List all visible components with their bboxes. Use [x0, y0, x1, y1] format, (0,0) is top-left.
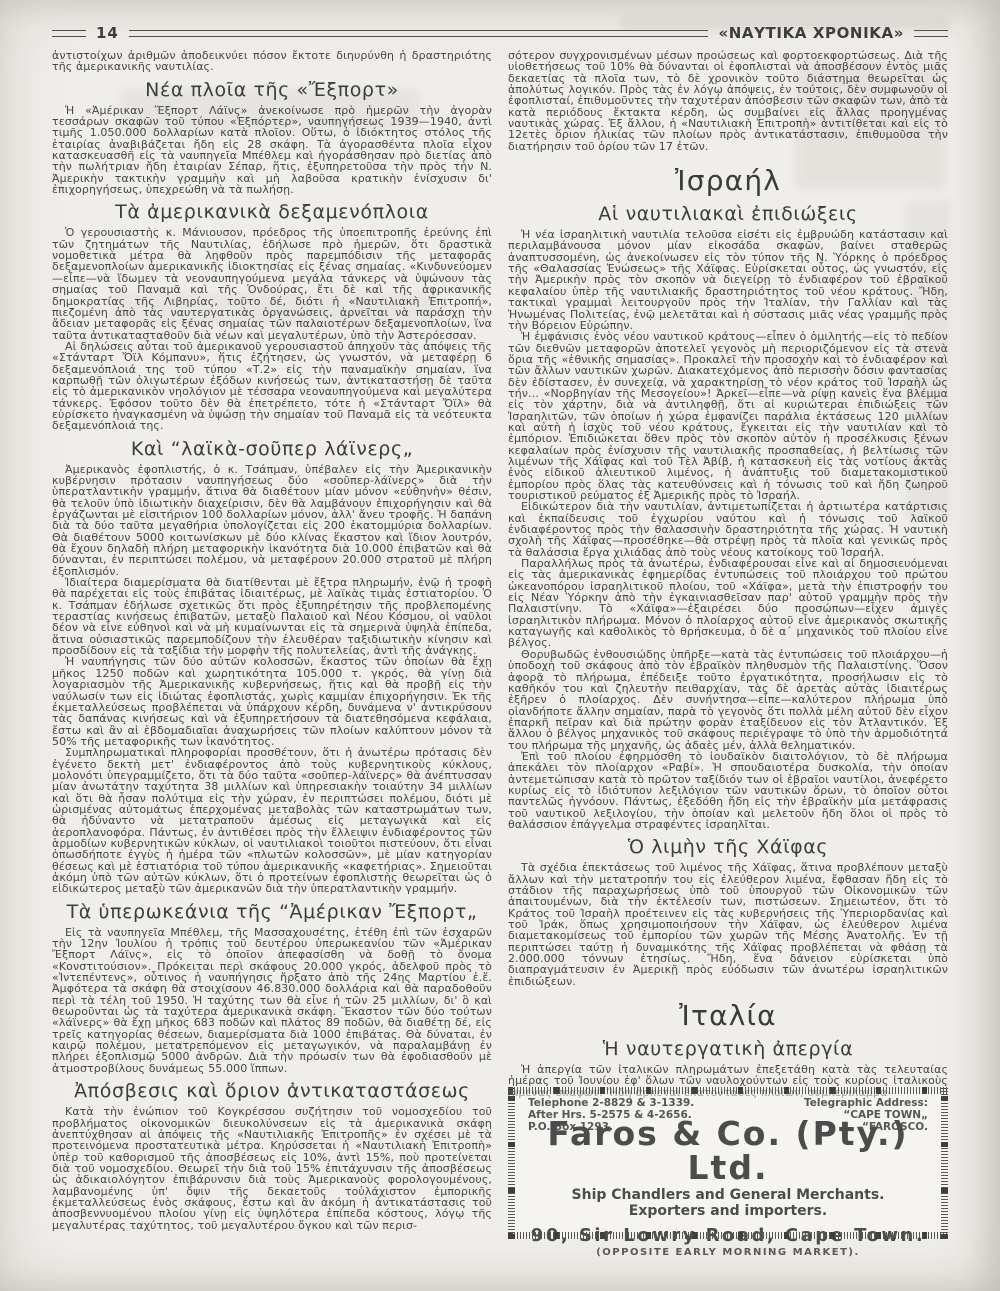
- body-paragraph: Ὁ γερουσιαστὴς κ. Μάνιουσον, πρόεδρος τῆ…: [52, 227, 492, 340]
- ad-border-bottom: [508, 1232, 948, 1239]
- two-column-body: ἀντιστοίχων ἀριθμῶν ἀποδεικνύει πόσον ἔκ…: [0, 42, 1000, 1255]
- body-paragraph: Ἡ ἐμφάνισις ἑνὸς νέου ναυτικοῦ κράτους—ε…: [508, 331, 948, 501]
- body-paragraph: Παραλλήλως πρὸς τὰ ἀνωτέρω, ἐνδιαφέρουσα…: [508, 558, 948, 649]
- body-paragraph: Εἰς τὰ ναυπηγεῖα Μπέθλεμ, τῆς Μασσαχουσέ…: [52, 927, 492, 1074]
- ad-tagline-line: Ship Chandlers and General Merchants.: [528, 1188, 928, 1204]
- right-column: σότερον συγχρονισμένων μέσων προώσεως κα…: [508, 50, 948, 1255]
- ad-border-top: [508, 1087, 948, 1094]
- body-paragraph: Ἡ ναυπήγησις τῶν δύο αὐτῶν κολοσσῶν, ἕκα…: [52, 656, 492, 747]
- header-rule-center: [129, 30, 709, 37]
- page-number: 14: [96, 24, 119, 42]
- header-rule-left: [52, 30, 86, 37]
- ad-border-left: [508, 1087, 515, 1239]
- body-paragraph: Ἡ νέα ἰσραηλιτικὴ ναυτιλία τελοῦσα εἰσέτ…: [508, 229, 948, 331]
- body-paragraph: Αἱ δηλώσεις αὗται τοῦ ἀμερικανοῦ γερουσι…: [52, 341, 492, 432]
- section-heading-depreciation: Ἀπόσβεσις καὶ ὅριον ἀντικαταστάσεως: [52, 1080, 492, 1102]
- body-paragraph: Ἐπὶ τοῦ πλοίου ἐφηρμόσθη τὸ ἰουδαϊκὸν δι…: [508, 751, 948, 830]
- section-heading-shipping-ambitions: Αἱ ναυτιλιακαὶ ἐπιδιώξεις: [508, 203, 948, 225]
- ad-telephone-line: Telephone 2-8829 & 3-1339.: [528, 1097, 694, 1109]
- body-paragraph: Κατὰ τὴν ἐνώπιον τοῦ Κογκρέσσου συζήτησι…: [52, 1106, 492, 1231]
- body-paragraph: Ἡ «Ἀμέρικαν Ἔξπορτ Λάϊνς» ἀνεκοίνωσε πρὸ…: [52, 105, 492, 196]
- section-heading-haifa-port: Ὁ λιμὴν τῆς Χάϊφας: [508, 836, 948, 858]
- carryover-paragraph: σότερον συγχρονισμένων μέσων προώσεως κα…: [508, 50, 948, 152]
- ad-company-name: Faros & Co. (Pty.) Ltd.: [528, 1117, 928, 1185]
- section-heading-american-export-liners: Τὰ ὑπερωκεάνια τῆς “Ἀμέρικαν Ἔξπορτ„: [52, 901, 492, 923]
- ad-border-right: [941, 1087, 948, 1239]
- body-paragraph: Ἰδιαίτερα διαμερίσματα θὰ διατίθενται μὲ…: [52, 577, 492, 656]
- faros-advertisement: Telephone 2-8829 & 3-1339. After Hrs. 5-…: [508, 1087, 948, 1239]
- section-heading-super-liners: Καὶ “λαϊκὰ-σοῦπερ λάϊνερς„: [52, 438, 492, 460]
- section-heading-new-export-ships: Νέα πλοῖα τῆς «Ἔξπορτ»: [52, 79, 492, 101]
- ad-address-note: (OPPOSITE EARLY MORNING MARKET).: [528, 1247, 928, 1258]
- body-paragraph: Συμπληρωματικαὶ πληροφορίαι προσθέτουν, …: [52, 747, 492, 894]
- body-paragraph: Θορυβωδῶς ἐνθουσιώδης ὑπῆρξε—κατὰ τὰς ἐν…: [508, 649, 948, 751]
- ad-telegraphic-label: Telegraphic Address:: [804, 1097, 928, 1109]
- ad-tagline-line: Exporters and importers.: [528, 1204, 928, 1220]
- magazine-page-scan: 14 «ΝΑΥΤΙΚΑ ΧΡΟΝΙΚΑ» ἀντιστοίχων ἀριθμῶν…: [0, 0, 1000, 1291]
- show-through-artifact: [620, 16, 950, 30]
- body-paragraph: Τὰ σχέδια ἐπεκτάσεως τοῦ λιμένος τῆς Χάϊ…: [508, 862, 948, 987]
- country-heading-italy: Ἰταλία: [508, 999, 948, 1032]
- body-paragraph: Εἰδικώτερον διὰ τὴν ναυτιλίαν, ἀντιμετωπ…: [508, 501, 948, 558]
- section-heading-seamen-strike: Ἡ ναυτεργατικὴ ἀπεργία: [508, 1038, 948, 1060]
- left-column: ἀντιστοίχων ἀριθμῶν ἀποδεικνύει πόσον ἔκ…: [52, 50, 492, 1255]
- country-heading-israel: Ἰσραήλ: [508, 164, 948, 197]
- ad-tagline: Ship Chandlers and General Merchants. Ex…: [528, 1188, 928, 1219]
- section-heading-american-tankers: Τὰ ἀμερικανικὰ δεξαμενόπλοια: [52, 201, 492, 223]
- header-rule-right: [914, 30, 948, 37]
- body-paragraph: Ἀμερικανὸς ἐφοπλιστής, ὁ κ. Τσάπμαν, ὑπέ…: [52, 464, 492, 577]
- carryover-paragraph: ἀντιστοίχων ἀριθμῶν ἀποδεικνύει πόσον ἔκ…: [52, 50, 492, 73]
